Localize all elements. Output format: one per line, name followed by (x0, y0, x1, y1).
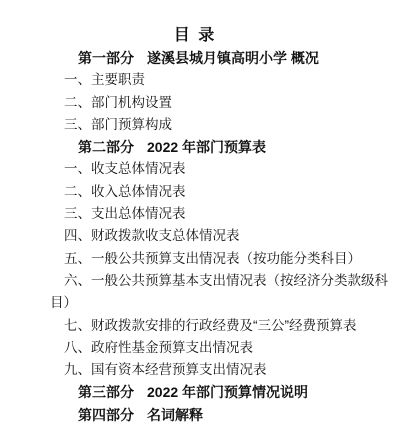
section-heading: 第一部分遂溪县城月镇高明小学 概况 (0, 47, 407, 69)
section-part-label: 第二部分 (78, 139, 134, 155)
toc-item: 七、财政拨款安排的行政经费及“三公”经费预算表 (0, 315, 407, 337)
toc-item: 三、部门预算构成 (0, 114, 407, 136)
toc-page: 目 录 第一部分遂溪县城月镇高明小学 概况一、主要职责二、部门机构设置三、部门预… (0, 0, 407, 428)
section-part-label: 第一部分 (78, 50, 134, 66)
section-title-label: 名词解释 (147, 407, 203, 423)
toc-item-wrapped-line: 目） (0, 292, 407, 314)
toc-item: 二、部门机构设置 (0, 92, 407, 114)
toc-item: 一、主要职责 (0, 69, 407, 91)
toc-item: 一、收支总体情况表 (0, 158, 407, 180)
section-title-label: 2022 年部门预算情况说明 (147, 384, 308, 400)
toc-item: 五、一般公共预算支出情况表（按功能分类科目） (0, 248, 407, 270)
section-title-label: 遂溪县城月镇高明小学 概况 (147, 50, 319, 66)
toc-item: 三、支出总体情况表 (0, 203, 407, 225)
section-heading: 第三部分2022 年部门预算情况说明 (0, 381, 407, 403)
page-title: 目 录 (0, 22, 390, 45)
toc-item: 八、政府性基金预算支出情况表 (0, 337, 407, 359)
toc-item: 二、收入总体情况表 (0, 181, 407, 203)
section-part-label: 第三部分 (78, 384, 134, 400)
toc-item: 六、一般公共预算基本支出情况表（按经济分类款级科 (0, 270, 407, 292)
toc-lines: 第一部分遂溪县城月镇高明小学 概况一、主要职责二、部门机构设置三、部门预算构成第… (0, 47, 407, 426)
section-heading: 第四部分名词解释 (0, 404, 407, 426)
toc-item: 四、财政拨款收支总体情况表 (0, 225, 407, 247)
section-heading: 第二部分2022 年部门预算表 (0, 136, 407, 158)
toc-item: 九、国有资本经营预算支出情况表 (0, 359, 407, 381)
section-part-label: 第四部分 (78, 407, 134, 423)
section-title-label: 2022 年部门预算表 (147, 139, 266, 155)
